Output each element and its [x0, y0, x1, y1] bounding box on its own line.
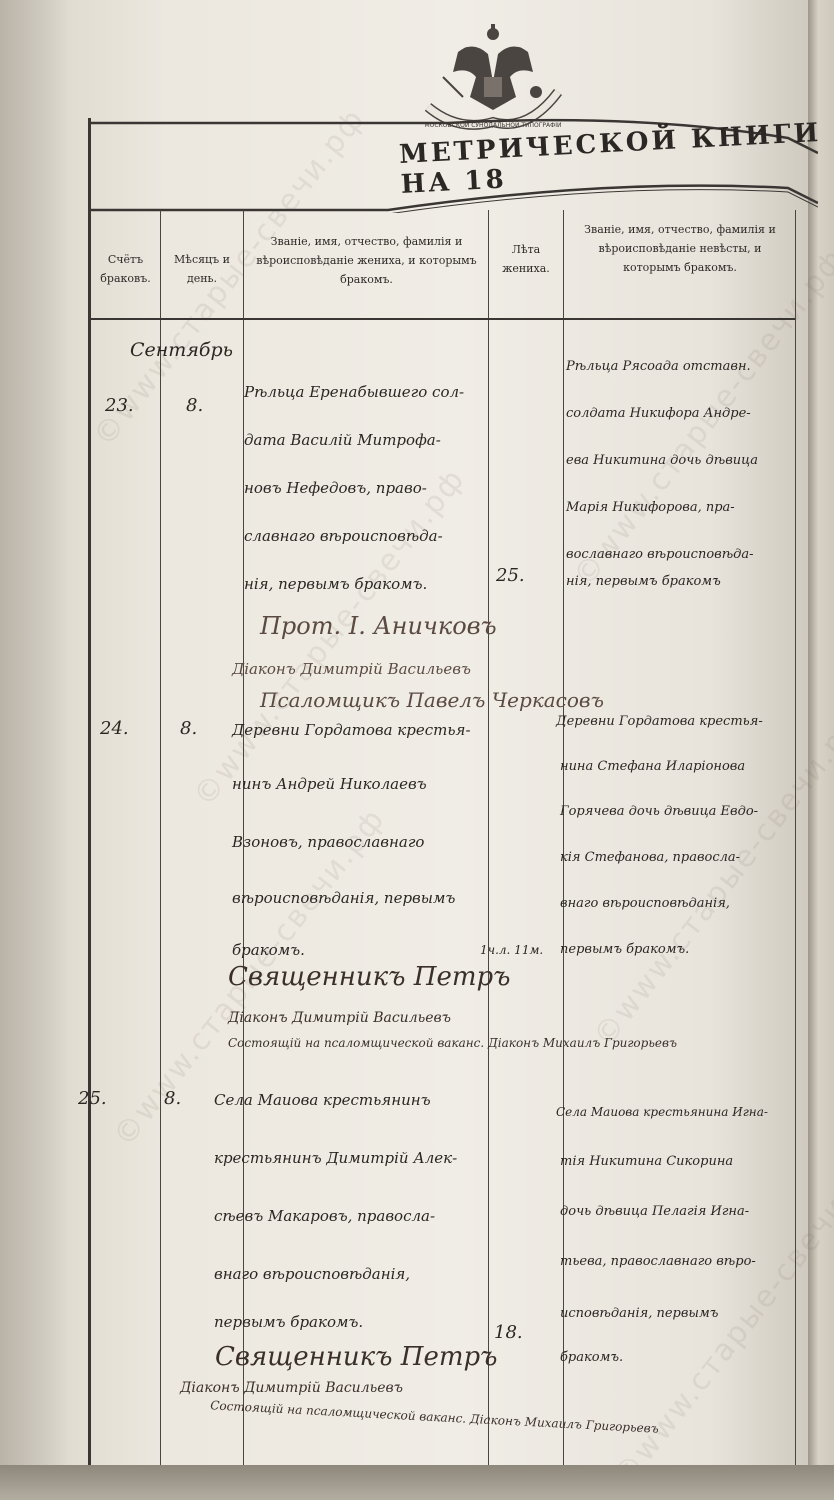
- signature-priest: Священникъ Петръ: [228, 962, 510, 992]
- signature-priest: Священникъ Петръ: [215, 1342, 497, 1372]
- column-divider: [160, 210, 161, 1500]
- column-header-bride: Званіе, имя, отчество, фамилія и вѣроисп…: [569, 220, 791, 277]
- signature-psalmist: Состоящій на псаломщической ваканс. Діак…: [228, 1036, 677, 1050]
- record-count: 25.: [78, 1088, 107, 1109]
- column-header-month-day: Мѣсяцъ и день.: [161, 250, 243, 288]
- signature-deacon: Діаконъ Димитрій Васильевъ: [232, 660, 471, 678]
- page-edge-curl: [0, 1465, 834, 1500]
- record-day: 8.: [180, 718, 197, 739]
- signature-priest: Прот. І. Аничковъ: [260, 612, 497, 640]
- month-heading: Сентябрь: [130, 328, 233, 372]
- spine-shadow: [0, 0, 70, 1500]
- signature-deacon: Діаконъ Димитрій Васильевъ: [228, 1010, 451, 1026]
- column-divider: [488, 210, 489, 1500]
- column-header-count: Счётъ браковъ.: [91, 250, 160, 288]
- column-divider: [795, 210, 796, 1500]
- groom-age: 18.: [494, 1322, 523, 1343]
- record-count: 23.: [105, 395, 134, 416]
- column-header-groom-age: Лѣта жениха.: [489, 240, 563, 278]
- column-header-groom: Званіе, имя, отчество, фамилія и вѣроисп…: [249, 232, 484, 289]
- groom-age: 25.: [496, 565, 525, 586]
- record-count: 24.: [100, 718, 129, 739]
- record-day: 8.: [164, 1088, 181, 1109]
- signature-deacon: Діаконъ Димитрій Васильевъ: [180, 1380, 403, 1396]
- header-rule: [91, 318, 795, 320]
- record-day: 8.: [186, 395, 203, 416]
- ledger-page: ©www.старые-свечи.рф ©www.старые-свечи.р…: [0, 0, 834, 1500]
